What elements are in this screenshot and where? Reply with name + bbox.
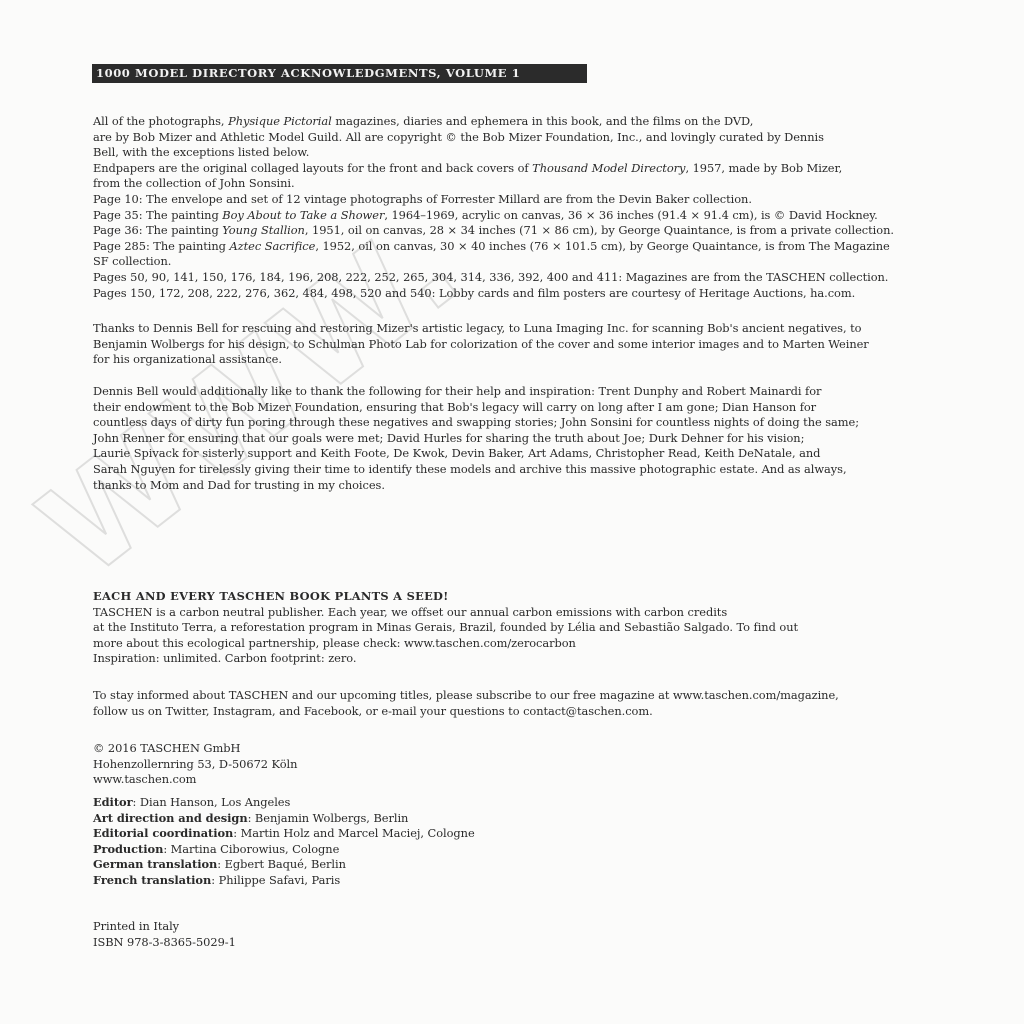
text-line: Inspiration: unlimited. Carbon footprint… xyxy=(93,651,798,667)
text-line: thanks to Mom and Dad for trusting in my… xyxy=(93,478,859,494)
text-line: for his organizational assistance. xyxy=(93,352,869,368)
address-line: Hohenzollernring 53, D-50672 Köln xyxy=(93,757,297,773)
credit-line: Bell, with the exceptions listed below. xyxy=(93,145,894,161)
text-line: countless days of dirty fun poring throu… xyxy=(93,415,859,431)
text-line: TASCHEN is a carbon neutral publisher. E… xyxy=(93,605,798,621)
credit-line: Pages 50, 90, 141, 150, 176, 184, 196, 2… xyxy=(93,270,894,286)
credit-line: SF collection. xyxy=(93,254,894,270)
credit-line: from the collection of John Sonsini. xyxy=(93,176,894,192)
credit-line: Page 10: The envelope and set of 12 vint… xyxy=(93,192,894,208)
copyright-line: © 2016 TASCHEN GmbH xyxy=(93,741,297,757)
section-heading: EACH AND EVERY TASCHEN BOOK PLANTS A SEE… xyxy=(93,589,798,605)
staff-credits: Editor: Dian Hanson, Los Angeles Art dir… xyxy=(93,795,475,889)
website-line: www.taschen.com xyxy=(93,772,297,788)
credit-editorial-coordination: Editorial coordination: Martin Holz and … xyxy=(93,826,475,842)
credit-line: Endpapers are the original collaged layo… xyxy=(93,161,894,177)
credit-german-translation: German translation: Egbert Baqué, Berlin xyxy=(93,857,475,873)
text-line: follow us on Twitter, Instagram, and Fac… xyxy=(93,704,839,720)
text-line: more about this ecological partnership, … xyxy=(93,636,798,652)
text-line: at the Instituto Terra, a reforestation … xyxy=(93,620,798,636)
credit-production: Production: Martina Ciborowius, Cologne xyxy=(93,842,475,858)
text-line: John Renner for ensuring that our goals … xyxy=(93,431,859,447)
credit-line: Page 285: The painting Aztec Sacrifice, … xyxy=(93,239,894,255)
credit-line: Page 35: The painting Boy About to Take … xyxy=(93,208,894,224)
printing-info: Printed in Italy ISBN 978-3-8365-5029-1 xyxy=(93,919,236,950)
text-line: Dennis Bell would additionally like to t… xyxy=(93,384,859,400)
publisher-address: © 2016 TASCHEN GmbH Hohenzollernring 53,… xyxy=(93,741,297,788)
text-line: Sarah Nguyen for tirelessly giving their… xyxy=(93,462,859,478)
credit-art-direction: Art direction and design: Benjamin Wolbe… xyxy=(93,811,475,827)
text-line: Thanks to Dennis Bell for rescuing and r… xyxy=(93,321,869,337)
dennis-bell-thanks-paragraph: Dennis Bell would additionally like to t… xyxy=(93,384,859,493)
text-line: Laurie Spivack for sisterly support and … xyxy=(93,446,859,462)
printed-in-line: Printed in Italy xyxy=(93,919,236,935)
isbn-line: ISBN 978-3-8365-5029-1 xyxy=(93,935,236,951)
photo-credits-section: All of the photographs, Physique Pictori… xyxy=(93,114,894,301)
stay-informed-paragraph: To stay informed about TASCHEN and our u… xyxy=(93,688,839,719)
taschen-seed-section: EACH AND EVERY TASCHEN BOOK PLANTS A SEE… xyxy=(93,589,798,667)
text-line: To stay informed about TASCHEN and our u… xyxy=(93,688,839,704)
credit-line: Page 36: The painting Young Stallion, 19… xyxy=(93,223,894,239)
credit-french-translation: French translation: Philippe Safavi, Par… xyxy=(93,873,475,889)
watermark: WWW. xyxy=(13,0,760,606)
thanks-paragraph: Thanks to Dennis Bell for rescuing and r… xyxy=(93,321,869,368)
text-line: their endowment to the Bob Mizer Foundat… xyxy=(93,400,859,416)
book-page: WWW. 1000 MODEL DIRECTORY ACKNOWLEDGMENT… xyxy=(0,0,1024,1024)
text-line: Benjamin Wolbergs for his design, to Sch… xyxy=(93,337,869,353)
credit-editor: Editor: Dian Hanson, Los Angeles xyxy=(93,795,475,811)
credit-line: All of the photographs, Physique Pictori… xyxy=(93,114,894,130)
credit-line: Pages 150, 172, 208, 222, 276, 362, 484,… xyxy=(93,286,894,302)
credit-line: are by Bob Mizer and Athletic Model Guil… xyxy=(93,130,894,146)
page-title: 1000 MODEL DIRECTORY ACKNOWLEDGMENTS, VO… xyxy=(92,64,587,83)
